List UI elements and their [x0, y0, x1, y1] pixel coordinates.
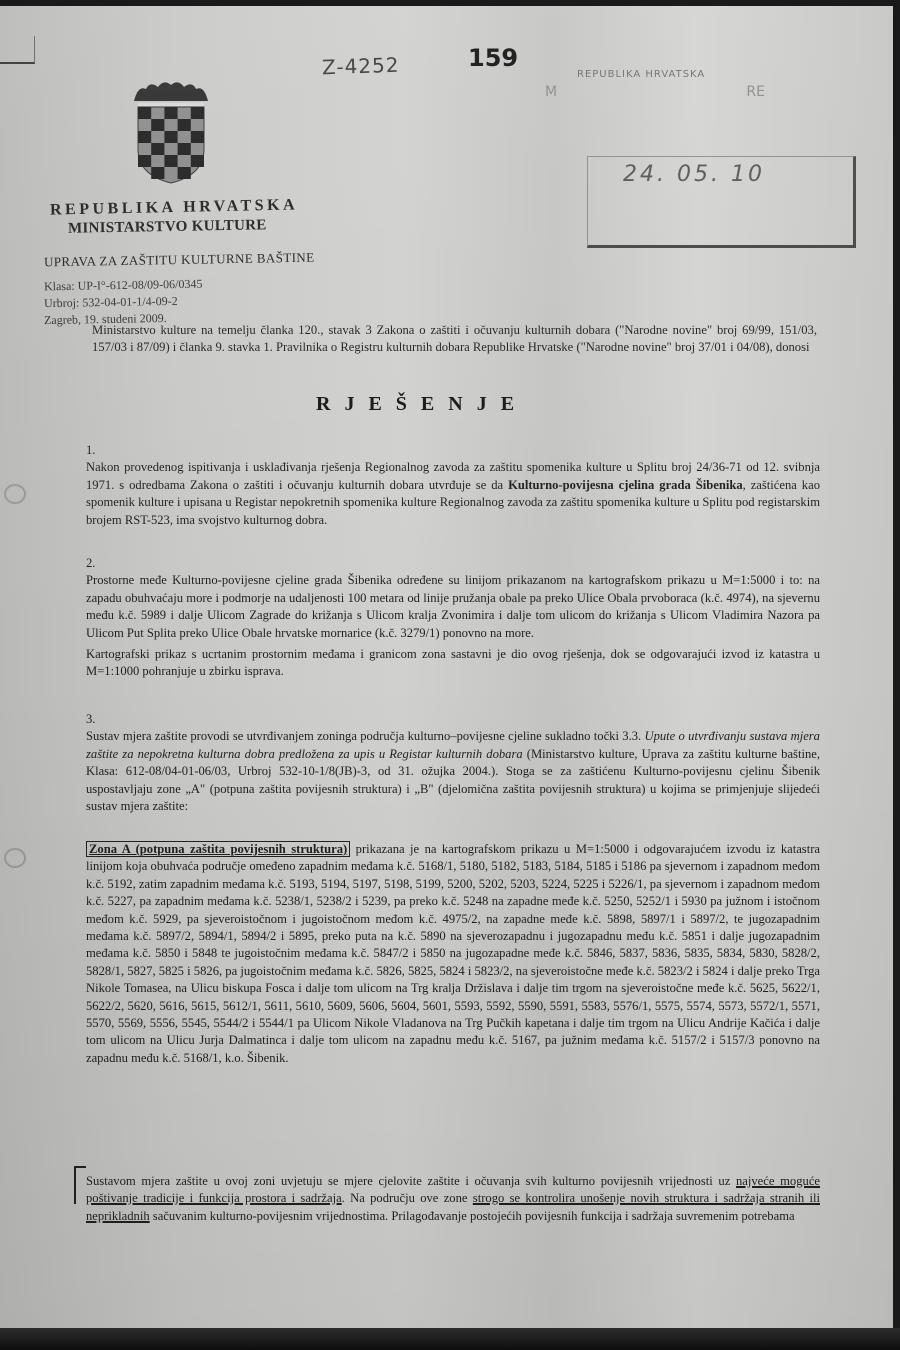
stamp-second-line: M RE	[545, 84, 765, 100]
zona-a-paragraph: Zona A (potpuna zaštita povijesnih struk…	[86, 841, 820, 1067]
measures-text: Sustavom mjera zaštite u ovoj zoni uvjet…	[86, 1174, 736, 1188]
measures-text: . Na području ove zone	[342, 1191, 473, 1205]
stamp-text-left: M	[545, 84, 557, 100]
punch-hole	[4, 848, 26, 868]
document-title: RJEŠENJE	[316, 393, 528, 416]
section-number: 2.	[86, 555, 820, 572]
zona-a-label: Zona A (potpuna zaštita povijesnih struk…	[86, 841, 350, 857]
directorate-name: UPRAVA ZA ZAŠTITU KULTURNE BAŠTINE	[44, 250, 315, 271]
punch-hole	[4, 484, 26, 504]
klasa-line: Klasa: UP-I°-612-08/09-06/0345	[44, 277, 203, 295]
protection-measures-paragraph: Sustavom mjera zaštite u ovoj zoni uvjet…	[86, 1173, 820, 1225]
corner-pencil-mark	[0, 36, 35, 64]
section-text: Kartografski prikaz s ucrtanim prostorni…	[86, 646, 820, 681]
stamp-text-right: RE	[746, 84, 765, 100]
document-page: Z-4252 159 REPUBLIKA HRVATSKA M RE 24. 0…	[0, 6, 893, 1331]
section-3: 3. Sustav mjera zaštite provodi se utvrđ…	[86, 711, 820, 815]
stamp-date: 24. 05. 10	[623, 162, 765, 187]
country-name: REPUBLIKA HRVATSKA	[50, 196, 298, 219]
protected-site-name: Kulturno-povijesna cjelina grada Šibenik…	[508, 478, 743, 492]
handwritten-page-number: 159	[468, 44, 518, 72]
preamble-paragraph: Ministarstvo kulture na temelju članka 1…	[92, 322, 817, 356]
ministry-name: MINISTARSTVO KULTURE	[68, 217, 267, 237]
measures-text: sačuvanim kulturno-povijesnim vrijednost…	[150, 1209, 795, 1223]
zona-a-boundary-text: prikazana je na kartografskom prikazu u …	[86, 842, 820, 1065]
margin-bracket-mark	[74, 1166, 86, 1204]
section-2: 2. Prostorne međe Kulturno-povijesne cje…	[86, 555, 820, 681]
receipt-stamp: REPUBLIKA HRVATSKA M RE 24. 05. 10	[525, 64, 795, 254]
section-number: 1.	[86, 442, 820, 459]
section-text: Sustav mjera zaštite provodi se utvrđiva…	[86, 729, 644, 743]
section-number: 3.	[86, 711, 820, 728]
croatian-coat-of-arms-icon	[130, 79, 212, 185]
background-shadow	[0, 1328, 900, 1350]
handwritten-reference: Z-4252	[322, 53, 400, 80]
section-1: 1. Nakon provedenog ispitivanja i usklađ…	[86, 442, 820, 529]
urbroj-line: Urbroj: 532-04-01-1/4-09-2	[44, 294, 178, 311]
stamp-header: REPUBLIKA HRVATSKA	[577, 69, 705, 80]
section-text: Prostorne međe Kulturno-povijesne cjelin…	[86, 573, 820, 639]
